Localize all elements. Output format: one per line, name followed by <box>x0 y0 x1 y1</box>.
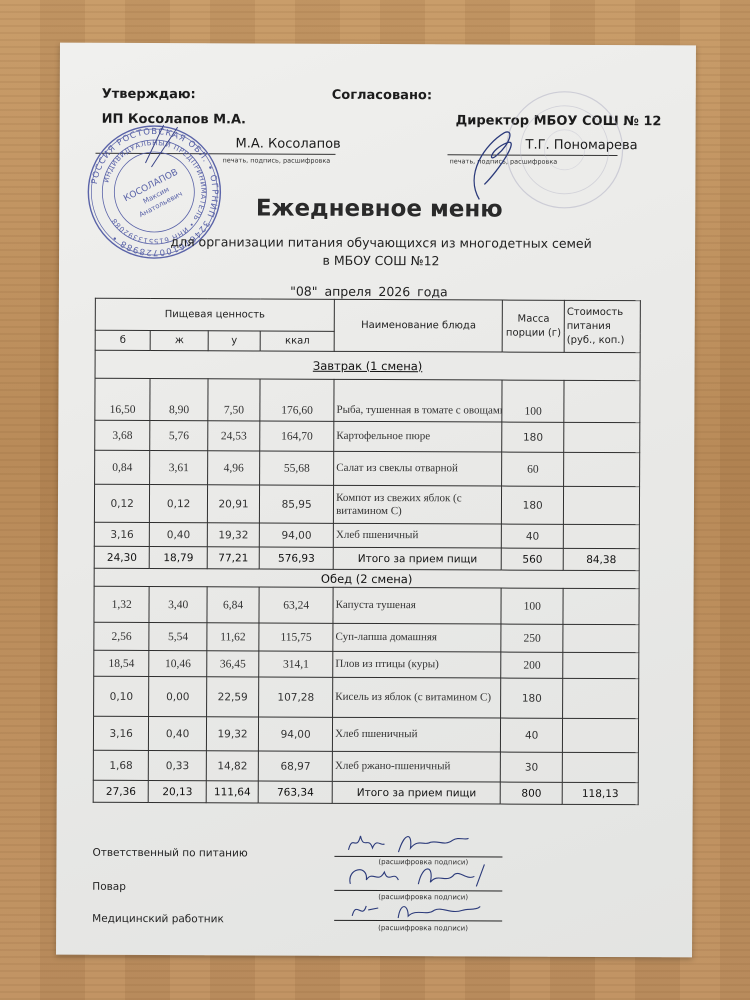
table-row: 3,160,4019,3294,00Хлеб пшеничный40 <box>94 522 639 548</box>
menu-document: Утверждаю: ИП Косолапов М.А. М.А. Косола… <box>56 43 696 958</box>
cell-kcal: 176,60 <box>260 379 334 421</box>
cell-dish: Плов из птицы (куры) <box>333 651 501 678</box>
cell-kcal: 85,95 <box>260 485 334 523</box>
cell-cost <box>563 486 639 524</box>
cell-zh: 5,76 <box>150 421 208 451</box>
table-row: 0,843,614,9655,68Салат из свеклы отварно… <box>95 450 640 486</box>
menu-table-body: Завтрак (1 смена)16,508,907,50176,60Рыба… <box>93 350 640 804</box>
menu-date: "08" апреля 2026 года <box>199 283 539 299</box>
cell-mass: 100 <box>502 380 564 422</box>
signature-role-medic: Медицинский работник <box>92 913 224 926</box>
cell-dish: Салат из свеклы отварной <box>334 451 502 486</box>
table-row: 1,323,406,8463,24Капуста тушеная100 <box>94 586 639 624</box>
total-mass: 800 <box>501 782 563 804</box>
cell-u: 24,53 <box>208 421 260 451</box>
signature-role-cook: Повар <box>92 881 126 893</box>
cell-u: 36,45 <box>207 651 259 677</box>
cell-cost <box>562 718 638 752</box>
header-kcal: ккал <box>260 331 334 351</box>
total-zh: 20,13 <box>149 781 207 803</box>
cell-cost <box>563 588 639 624</box>
cell-dish: Суп-лапша домашняя <box>333 623 501 652</box>
page-title: Ежедневное меню <box>99 195 659 223</box>
agree-label: Согласовано: <box>332 88 432 103</box>
section-header-row: Завтрак (1 смена) <box>95 350 640 380</box>
total-kcal: 576,93 <box>259 547 333 569</box>
section-header-row: Обед (2 смена) <box>94 568 639 588</box>
cell-dish: Кисель из яблок (с витамином С) <box>333 677 501 718</box>
cell-u: 19,32 <box>207 523 259 547</box>
cell-zh: 0,40 <box>149 717 207 751</box>
cell-cost <box>564 380 640 422</box>
cell-cost <box>562 752 638 782</box>
cell-b: 0,84 <box>95 450 151 484</box>
cell-mass: 180 <box>501 678 563 718</box>
section-title: Обед (2 смена) <box>321 571 412 585</box>
table-row: 3,160,4019,3294,00Хлеб пшеничный40 <box>93 716 638 752</box>
header-nutrition: Пищевая ценность <box>95 298 334 331</box>
section-title: Завтрак (1 смена) <box>313 358 422 372</box>
total-zh: 18,79 <box>150 547 208 569</box>
total-kcal: 763,34 <box>258 781 332 803</box>
cell-u: 14,82 <box>206 751 258 781</box>
cell-dish: Хлеб пшеничный <box>333 523 501 548</box>
cell-zh: 0,33 <box>149 751 207 781</box>
header-fat: ж <box>151 331 209 351</box>
cell-zh: 5,54 <box>149 623 207 651</box>
cell-mass: 60 <box>502 452 564 486</box>
cell-cost <box>563 652 639 678</box>
cell-kcal: 55,68 <box>260 451 334 485</box>
total-row: 24,3018,7977,21576,93Итого за прием пищи… <box>94 546 639 570</box>
approve-signer: М.А. Косолапов <box>236 136 341 151</box>
cell-mass: 200 <box>501 652 563 678</box>
cell-mass: 180 <box>502 422 564 452</box>
cell-cost <box>563 678 639 718</box>
total-mass: 560 <box>502 548 564 570</box>
header-protein: б <box>95 330 151 350</box>
cell-u: 7,50 <box>208 379 261 421</box>
approve-label: Утверждаю: <box>102 87 196 102</box>
subtitle: для организации питания обучающихся из м… <box>151 233 611 271</box>
total-row: 27,3620,13111,64763,34Итого за прием пищ… <box>93 780 638 804</box>
cell-cost <box>564 452 640 486</box>
director-signature-icon <box>459 124 529 204</box>
cell-u: 6,84 <box>207 587 260 623</box>
signature-role-nutrition: Ответственный по питанию <box>92 847 247 860</box>
cell-dish: Капуста тушеная <box>333 587 501 624</box>
handwritten-signatures-icon <box>338 824 508 935</box>
table-row: 0,100,0022,59107,28Кисель из яблок (с ви… <box>94 676 639 718</box>
table-row: 3,685,7624,53164,70Картофельное пюре180 <box>95 420 640 452</box>
cell-zh: 3,61 <box>150 451 208 485</box>
approve-caption: печать, подпись, расшифровка <box>222 156 330 164</box>
header-carbs: у <box>208 331 260 351</box>
total-label: Итого за прием пищи <box>333 547 501 570</box>
cell-mass: 180 <box>502 486 564 524</box>
cell-mass: 30 <box>501 752 563 782</box>
total-u: 77,21 <box>207 547 259 569</box>
cell-kcal: 107,28 <box>259 677 333 717</box>
cell-cost <box>563 524 639 548</box>
cell-dish: Хлеб пшеничный <box>333 717 501 752</box>
subtitle-line-2: в МБОУ СОШ №12 <box>151 251 611 271</box>
cell-b: 0,10 <box>94 676 150 716</box>
subtitle-line-1: для организации питания обучающихся из м… <box>151 233 611 253</box>
cell-b: 1,68 <box>93 750 149 780</box>
total-cost: 118,13 <box>562 782 638 804</box>
cell-zh: 10,46 <box>149 651 207 677</box>
cell-b: 3,16 <box>94 522 150 546</box>
cell-u: 19,32 <box>206 717 258 751</box>
cell-dish: Компот из свежих яблок (с витамином С) <box>334 485 502 524</box>
cell-mass: 250 <box>501 624 563 652</box>
cell-mass: 40 <box>501 718 563 752</box>
cell-b: 18,54 <box>94 650 150 676</box>
cell-mass: 100 <box>501 588 563 624</box>
cell-zh: 0,00 <box>149 677 207 717</box>
cell-b: 3,16 <box>93 716 149 750</box>
total-cost: 84,38 <box>563 548 639 570</box>
cell-mass: 40 <box>502 524 564 548</box>
menu-table: Пищевая ценность Наименование блюда Масс… <box>93 298 641 805</box>
cell-zh: 8,90 <box>150 379 208 421</box>
table-row: 0,120,1220,9185,95Компот из свежих яблок… <box>94 484 639 524</box>
cell-kcal: 63,24 <box>259 587 333 623</box>
cell-dish: Хлеб ржано-пшеничный <box>332 751 500 782</box>
total-b: 24,30 <box>94 546 150 568</box>
cell-b: 2,56 <box>94 622 150 650</box>
cell-u: 22,59 <box>206 677 259 717</box>
cell-u: 4,96 <box>207 451 259 485</box>
total-u: 111,64 <box>206 781 258 803</box>
cell-kcal: 94,00 <box>259 717 333 751</box>
header-mass: Масса порции (г) <box>503 300 565 352</box>
cell-cost <box>563 624 639 652</box>
cell-kcal: 94,00 <box>260 523 334 547</box>
total-label: Итого за прием пищи <box>332 781 500 804</box>
cell-kcal: 164,70 <box>260 421 334 451</box>
table-row: 1,680,3314,8268,97Хлеб ржано-пшеничный30 <box>93 750 638 782</box>
cell-cost <box>564 422 640 452</box>
cell-zh: 3,40 <box>149 587 207 623</box>
table-row: 18,5410,4636,45314,1Плов из птицы (куры)… <box>94 650 639 678</box>
cell-u: 20,91 <box>207 485 260 523</box>
header-dish: Наименование блюда <box>334 299 503 352</box>
cell-zh: 0,40 <box>150 523 208 547</box>
cell-kcal: 314,1 <box>259 651 333 677</box>
cell-b: 1,32 <box>94 586 150 622</box>
total-b: 27,36 <box>93 780 149 802</box>
cell-zh: 0,12 <box>150 485 208 523</box>
cell-kcal: 115,75 <box>259 623 333 651</box>
cell-dish: Картофельное пюре <box>334 421 502 452</box>
cell-b: 0,12 <box>94 484 150 522</box>
cell-dish: Рыба, тушенная в томате с овощами <box>334 379 502 422</box>
header-cost: Стоимость питания (руб., коп.) <box>564 300 640 352</box>
table-row: 16,508,907,50176,60Рыба, тушенная в тома… <box>95 378 640 422</box>
cell-u: 11,62 <box>207 623 259 651</box>
cell-kcal: 68,97 <box>259 751 333 781</box>
table-row: 2,565,5411,62115,75Суп-лапша домашняя250 <box>94 622 639 652</box>
cell-b: 3,68 <box>95 420 151 450</box>
cell-b: 16,50 <box>95 378 151 420</box>
